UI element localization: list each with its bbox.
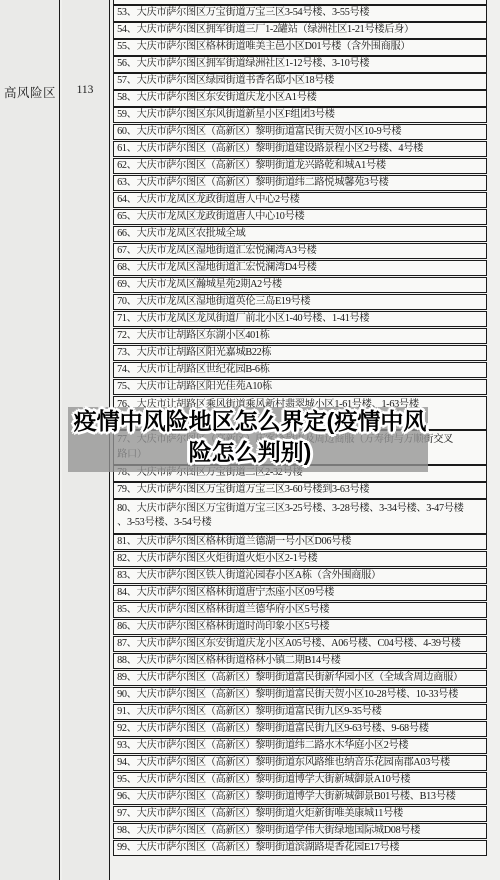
- risk-area-row: 70、大庆市龙凤区湿地街道英伦三岛E19号楼: [113, 294, 488, 311]
- risk-count-value: 113: [61, 84, 109, 96]
- risk-area-row: 72、大庆市让胡路区东湖小区401栋: [113, 328, 488, 345]
- watermark-title: 疫情中风险地区怎么界定(疫情中风 险怎么判别): [0, 406, 500, 468]
- risk-area-row: 67、大庆市龙凤区湿地街道汇宏悦澜湾A3号楼: [113, 243, 488, 260]
- risk-area-row: 55、大庆市萨尔图区格林街道唯美主邑小区D01号楼（含外围商服）: [113, 39, 488, 56]
- risk-area-row: 61、大庆市萨尔图区（高新区）黎明街道建设路景程小区2号楼、4号楼: [113, 141, 488, 158]
- risk-area-row: 97、大庆市萨尔图区（高新区）黎明街道火炬新街唯美康城11号楼: [113, 806, 488, 823]
- risk-area-row: 90、大庆市萨尔图区（高新区）黎明街道富民街天贺小区10-28号楼、10-33号…: [113, 687, 488, 704]
- risk-area-row: 98、大庆市萨尔图区（高新区）黎明街道学伟大街绿地国际城D08号楼: [113, 823, 488, 840]
- risk-area-row: 60、大庆市萨尔图区（高新区）黎明街道富民街天贺小区10-9号楼: [113, 124, 488, 141]
- risk-area-row: 52、大庆市萨尔图区万宝街道万宝三区3-52号楼、3-53号楼: [113, 0, 488, 5]
- risk-area-row: 82、大庆市萨尔图区火炬街道火炬小区2-1号楼: [113, 551, 488, 568]
- risk-area-row: 95、大庆市萨尔图区（高新区）黎明街道博学大街新城御景A10号楼: [113, 772, 488, 789]
- risk-area-row: 80、大庆市萨尔图区万宝街道万宝三区3-25号楼、3-28号楼、3-34号楼、3…: [113, 499, 488, 533]
- risk-area-row: 68、大庆市龙凤区湿地街道汇宏悦澜湾D4号楼: [113, 260, 488, 277]
- risk-area-row: 86、大庆市萨尔图区格林街道时尚印象小区5号楼: [113, 619, 488, 636]
- risk-area-row: 85、大庆市萨尔图区格林街道兰德华府小区5号楼: [113, 602, 488, 619]
- risk-area-row: 93、大庆市萨尔图区（高新区）黎明街道纬二路水木华庭小区2号楼: [113, 738, 488, 755]
- risk-area-row: 62、大庆市萨尔图区（高新区）黎明街道龙兴路乾和城A1号楼: [113, 158, 488, 175]
- risk-area-row: 94、大庆市萨尔图区（高新区）黎明街道东风路维也纳音乐花园南郡A03号楼: [113, 755, 488, 772]
- watermark-title-line2: 险怎么判别): [0, 437, 500, 468]
- risk-area-row: 91、大庆市萨尔图区（高新区）黎明街道富民街九区9-35号楼: [113, 704, 488, 721]
- risk-area-row: 74、大庆市让胡路区世纪花园B-6栋: [113, 362, 488, 379]
- risk-area-row: 59、大庆市萨尔图区东风街道新星小区F组团3号楼: [113, 107, 488, 124]
- risk-area-row: 58、大庆市萨尔图区东安街道庆龙小区A1号楼: [113, 90, 488, 107]
- risk-area-row: 57、大庆市萨尔图区绿园街道书香名邸小区18号楼: [113, 73, 488, 90]
- risk-area-row: 92、大庆市萨尔图区（高新区）黎明街道富民街九区9-63号楼、9-68号楼: [113, 721, 488, 738]
- watermark-title-line1: 疫情中风险地区怎么界定(疫情中风: [0, 406, 500, 437]
- risk-level-label: 高风险区: [0, 83, 60, 101]
- risk-area-row: 89、大庆市萨尔图区（高新区）黎明街道富民街新华园小区（全域含周边商服）: [113, 670, 488, 687]
- risk-area-row: 71、大庆市龙凤区龙凤街道厂前北小区1-40号楼、1-41号楼: [113, 311, 488, 328]
- risk-area-row: 66、大庆市龙凤区农批城全域: [113, 226, 488, 243]
- risk-area-row: 79、大庆市萨尔图区万宝街道万宝三区3-60号楼到3-63号楼: [113, 482, 488, 499]
- risk-area-row: 56、大庆市萨尔图区拥军街道绿洲社区1-12号楼、3-10号楼: [113, 56, 488, 73]
- risk-area-row: 54、大庆市萨尔图区拥军街道三厂1-2罐站（绿洲社区1-21号楼后身）: [113, 22, 488, 39]
- risk-area-row: 83、大庆市萨尔图区铁人街道沁园春小区A栋（含外围商服）: [113, 568, 488, 585]
- risk-area-row: 63、大庆市萨尔图区（高新区）黎明街道纬二路悦城馨苑3号楼: [113, 175, 488, 192]
- risk-area-row: 99、大庆市萨尔图区（高新区）黎明街道滨湖路堤香花园E17号楼: [113, 840, 488, 857]
- risk-area-row: 84、大庆市萨尔图区格林街道唐宁杰座小区09号楼: [113, 585, 488, 602]
- risk-area-row: 75、大庆市让胡路区阳光佳苑A10栋: [113, 379, 488, 396]
- risk-area-row: 64、大庆市龙凤区龙政街道唐人中心2号楼: [113, 192, 488, 209]
- risk-area-row: 96、大庆市萨尔图区（高新区）黎明街道博学大街新城御景B01号楼、B13号楼: [113, 789, 488, 806]
- risk-area-row: 88、大庆市萨尔图区格林街道格林小镇二期B14号楼: [113, 653, 488, 670]
- risk-area-row: 73、大庆市让胡路区阳光嘉城B22栋: [113, 345, 488, 362]
- risk-area-row: 53、大庆市萨尔图区万宝街道万宝三区3-54号楼、3-55号楼: [113, 5, 488, 22]
- risk-area-row: 87、大庆市萨尔图区东安街道庆龙小区A05号楼、A06号楼、C04号楼、4-39…: [113, 636, 488, 653]
- risk-area-row: 65、大庆市龙凤区龙政街道唐人中心10号楼: [113, 209, 488, 226]
- risk-area-row: 69、大庆市龙凤区瀚城星苑2期A2号楼: [113, 277, 488, 294]
- risk-area-row: 81、大庆市萨尔图区格林街道兰德湖一号小区D06号楼: [113, 534, 488, 551]
